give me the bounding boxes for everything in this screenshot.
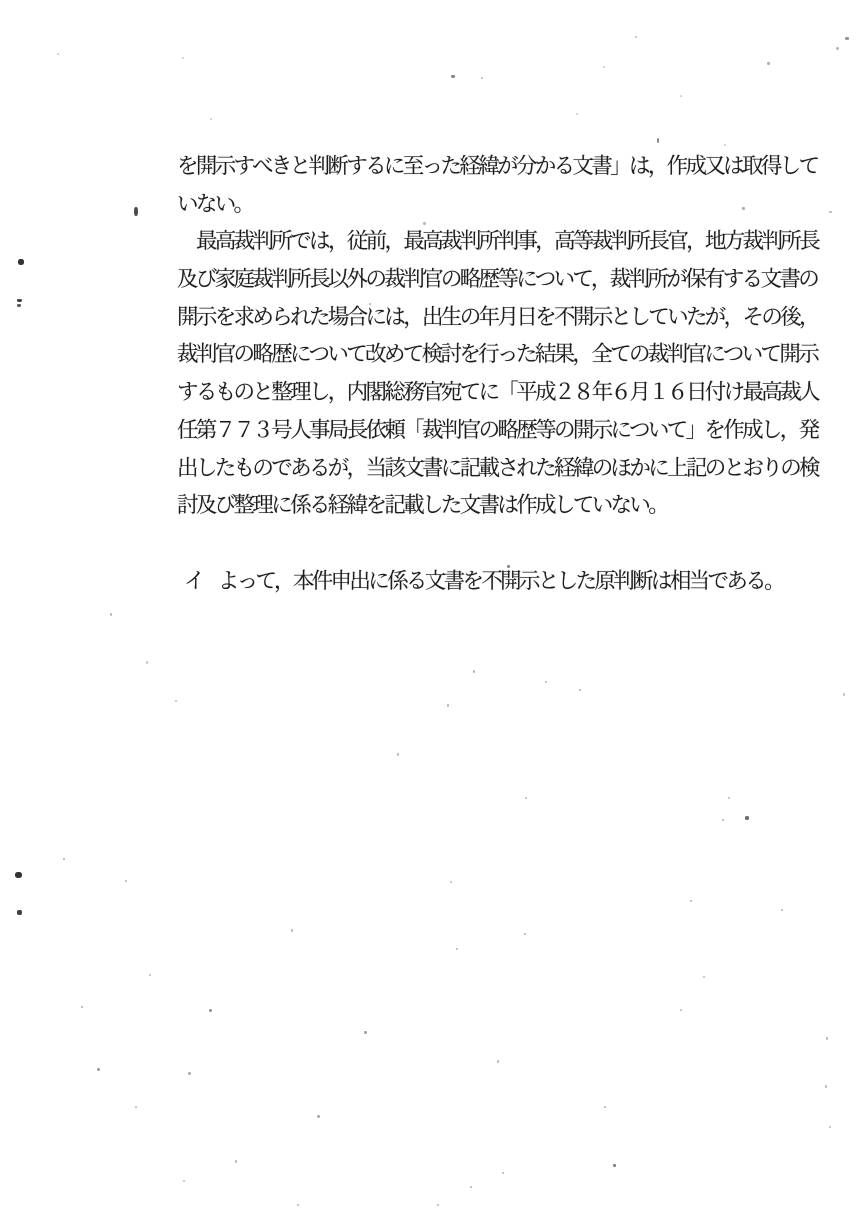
scan-speck xyxy=(722,819,724,821)
scan-speck xyxy=(502,1172,504,1174)
scan-speck xyxy=(17,304,21,307)
scan-speck xyxy=(175,700,177,702)
scan-speck xyxy=(81,1006,83,1008)
scan-speck xyxy=(604,1106,606,1108)
scan-speck xyxy=(317,1115,320,1118)
scan-speck xyxy=(603,66,605,68)
scan-speck xyxy=(15,872,22,878)
scan-speck xyxy=(397,753,399,756)
scan-speck xyxy=(524,933,526,935)
scan-speck xyxy=(291,929,293,932)
scan-speck xyxy=(836,47,839,50)
scan-speck xyxy=(680,95,682,97)
scan-speck xyxy=(437,1204,439,1206)
document-line: いない。 xyxy=(177,186,837,224)
scan-speck xyxy=(297,1204,299,1206)
scan-speck xyxy=(703,976,705,978)
document-line: 任第７７３号人事局長依頼「裁判官の略歴等の開示について」を作成し，発 xyxy=(177,412,837,450)
scan-speck xyxy=(613,1164,616,1167)
scan-speck xyxy=(843,693,845,696)
scan-speck xyxy=(17,299,22,302)
document-line-paragraph-start: 最高裁判所では，従前，最高裁判所判事，高等裁判所長官，地方裁判所長 xyxy=(177,223,837,261)
scan-speck xyxy=(579,689,581,691)
document-line: 討及び整理に係る経緯を記載した文書は作成していない。 xyxy=(177,487,837,525)
scan-speck xyxy=(724,144,726,146)
document-line: するものと整理し，内閣総務官宛てに「平成２８年６月１６日付け最高裁人 xyxy=(177,374,837,412)
scan-speck xyxy=(781,909,783,911)
document-line: 開示を求められた場合には，出生の年月日を不開示としていたが，その後， xyxy=(177,299,837,337)
scan-speck xyxy=(825,1085,827,1088)
scan-speck xyxy=(657,138,659,143)
scan-speck xyxy=(364,1031,367,1034)
scanned-document-page: を開示すべきと判断するに至った経緯が分かる文書」は，作成又は取得して いない。 … xyxy=(0,0,860,1215)
scan-speck xyxy=(456,948,458,950)
document-line-item: イよって，本件申出に係る文書を不開示とした原判断は相当である。 xyxy=(168,525,838,563)
scan-speck xyxy=(18,259,24,265)
scan-speck xyxy=(235,1160,237,1163)
item-marker: イ xyxy=(184,563,218,601)
document-line: 裁判官の略歴について改めて検討を行った結果，全ての裁判官について開示 xyxy=(177,336,837,374)
scan-speck xyxy=(447,704,449,707)
scan-speck xyxy=(209,1009,212,1012)
scan-speck xyxy=(57,53,59,55)
scan-speck xyxy=(826,1037,828,1040)
document-text-block: を開示すべきと判断するに至った経緯が分かる文書」は，作成又は取得して いない。 … xyxy=(177,148,837,563)
scan-speck xyxy=(134,207,138,216)
document-line: 及び家庭裁判所長以外の裁判官の略歴等について，裁判所が保有する文書の xyxy=(177,261,837,299)
scan-speck xyxy=(97,1068,100,1071)
scan-speck xyxy=(125,880,127,882)
scan-speck xyxy=(635,36,637,38)
scan-speck xyxy=(188,1072,191,1075)
scan-speck xyxy=(767,62,770,65)
scan-speck xyxy=(576,113,578,115)
scan-speck xyxy=(63,858,65,860)
scan-speck xyxy=(481,77,483,79)
scan-speck xyxy=(17,910,22,915)
scan-speck xyxy=(497,1060,499,1063)
scan-speck xyxy=(690,900,692,902)
scan-speck xyxy=(146,661,148,664)
scan-speck xyxy=(450,881,452,883)
scan-speck xyxy=(473,670,475,673)
scan-speck xyxy=(525,797,527,799)
document-line: 出したものであるが，当該文書に記載された経緯のほかに上記のとおりの検 xyxy=(177,450,837,488)
scan-speck xyxy=(210,118,212,120)
scan-speck xyxy=(470,1186,472,1188)
scan-speck xyxy=(829,1126,831,1128)
scan-speck xyxy=(845,37,849,40)
scan-speck xyxy=(451,75,455,78)
document-line: を開示すべきと判断するに至った経緯が分かる文書」は，作成又は取得して xyxy=(177,148,837,186)
scan-speck xyxy=(149,974,151,976)
scan-speck xyxy=(545,681,547,683)
scan-speck xyxy=(110,613,112,616)
scan-speck xyxy=(745,816,749,820)
scan-speck xyxy=(182,57,184,59)
scan-speck xyxy=(183,1180,185,1182)
scan-speck xyxy=(680,1009,682,1011)
scan-speck xyxy=(728,797,730,799)
item-text: よって，本件申出に係る文書を不開示とした原判断は相当である。 xyxy=(218,569,783,593)
scan-speck xyxy=(135,1106,137,1108)
